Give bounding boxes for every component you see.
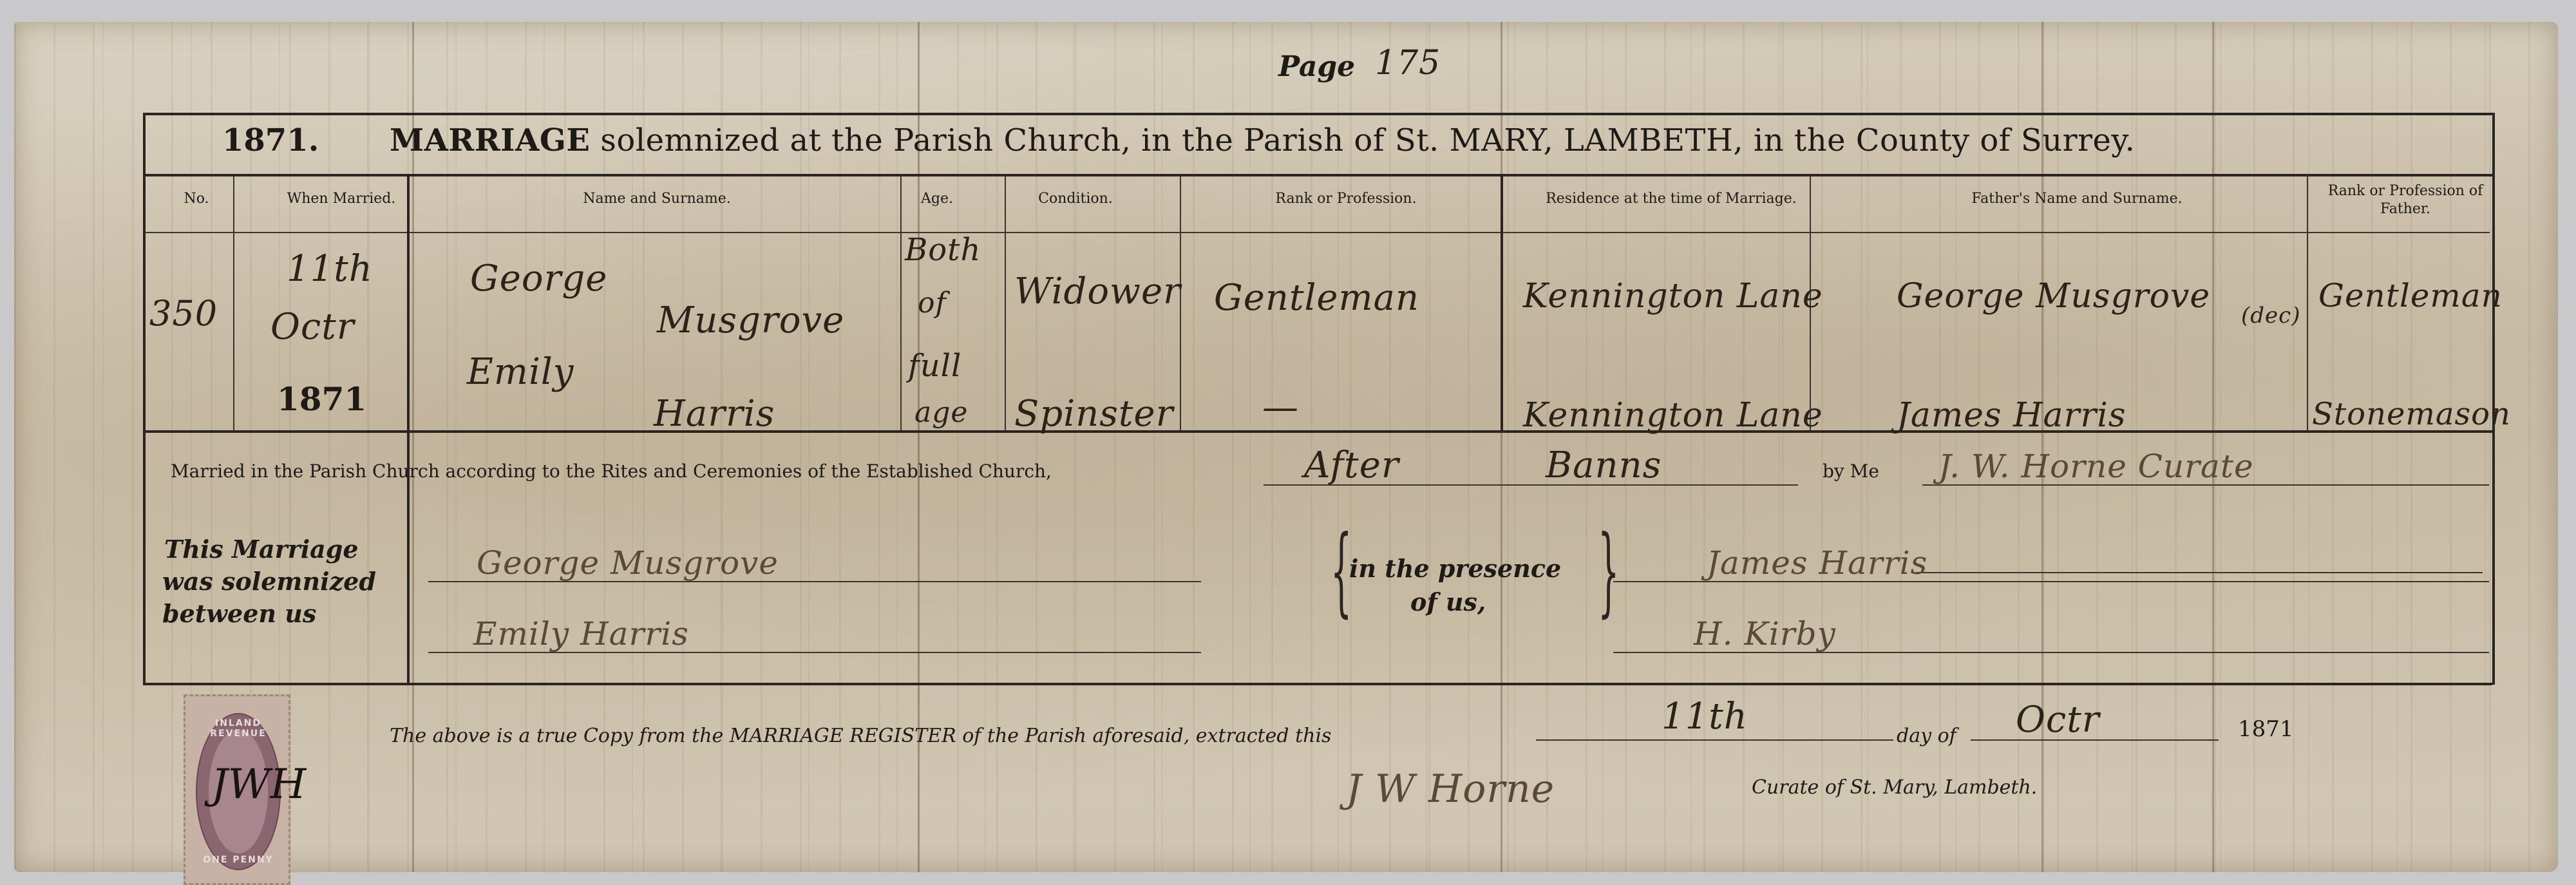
rites-banns: Banns (1546, 444, 1662, 486)
certification-month: Octr (2016, 699, 2100, 741)
column-divider (2307, 175, 2308, 430)
blank-line (1916, 572, 2483, 573)
header-father-name: Father's Name and Surname. (1948, 190, 2206, 208)
bride-condition: Spinster (1014, 393, 1173, 435)
day-line (1536, 739, 1893, 741)
header-residence: Residence at the time of Marriage. (1533, 190, 1810, 208)
register-year: 1871. (222, 122, 319, 158)
groom-father-note: (dec) (2241, 303, 2300, 328)
groom-rank: Gentleman (1214, 277, 1419, 319)
inland-revenue-stamp: INLAND REVENUE ONE PENNY JWH (184, 694, 290, 885)
page-label: Page (1278, 50, 1355, 83)
header-rank: Rank or Profession. (1243, 190, 1449, 208)
entry-year: 1871 (277, 380, 366, 418)
witness2-signature: H. Kirby (1694, 615, 1836, 652)
header-condition: Condition. (1011, 190, 1140, 208)
header-when-married: When Married. (277, 190, 406, 208)
solemnized-label-2: was solemnized (162, 567, 376, 596)
entry-day: 11th (287, 248, 373, 290)
groom-condition: Widower (1014, 271, 1181, 312)
age-line4: age (914, 396, 968, 429)
certification-day: 11th (1662, 696, 1748, 737)
page-number: 175 (1375, 44, 1441, 82)
header-father-rank: Rank or Profession of Father. (2318, 182, 2492, 218)
column-divider (1501, 175, 1503, 430)
title-text: solemnized at the Parish Church, in the … (600, 122, 2135, 158)
groom-residence: Kennington Lane (1523, 277, 1823, 316)
title-bottom-line (143, 174, 2492, 176)
age-line1: Both (905, 232, 981, 268)
right-brace: } (1598, 515, 1619, 627)
stamp-top-text: INLAND REVENUE (197, 718, 279, 739)
bride-first-name: Emily (467, 351, 574, 393)
signer-title: Curate of St. Mary, Lambeth. (1752, 773, 2037, 803)
entry-month: Octr (270, 306, 355, 348)
solemnized-label-3: between us (162, 599, 316, 629)
bride-surname: Harris (654, 393, 775, 435)
bride-father-name: James Harris (1897, 396, 2126, 435)
header-bottom-line (146, 232, 2490, 233)
presence-label-1: in the presence (1349, 554, 1561, 584)
header-no: No. (167, 190, 225, 208)
certification-text: The above is a true Copy from the MARRIA… (390, 721, 1331, 751)
party1-signature: George Musgrove (477, 544, 779, 582)
age-line2: of (918, 287, 947, 319)
title-prefix: MARRIAGE (390, 122, 590, 158)
by-me-label: by Me (1823, 461, 1879, 482)
groom-first-name: George (470, 258, 607, 300)
bride-residence: Kennington Lane (1523, 396, 1823, 435)
stamp-bottom-text: ONE PENNY (197, 855, 279, 865)
frame-top-line (143, 113, 2492, 115)
column-divider (233, 175, 234, 430)
header-age: Age. (902, 190, 972, 208)
groom-father-name: George Musgrove (1897, 277, 2210, 316)
header-name: Name and Surname. (547, 190, 766, 208)
groom-surname: Musgrove (657, 300, 844, 341)
rites-after: After (1304, 444, 1399, 486)
day-of-label: day of (1897, 721, 1956, 751)
solemnized-label-1: This Marriage (164, 535, 359, 564)
stamp-cancellation: JWH (211, 761, 306, 808)
column-divider (1005, 175, 1006, 430)
column-divider (900, 175, 902, 430)
witness1-signature: James Harris (1707, 544, 1927, 582)
column-divider (407, 175, 410, 684)
officiant-signature: J. W. Horne Curate (1938, 448, 2254, 485)
curate-signature: J W Horne (1346, 766, 1555, 812)
frame-bottom-line (143, 683, 2492, 685)
bride-rank: — (1262, 386, 1299, 428)
rites-text: Married in the Parish Church according t… (171, 461, 1052, 482)
party2-signature: Emily Harris (473, 615, 689, 652)
bride-father-rank: Stonemason (2312, 396, 2511, 432)
entry-bottom-line (143, 430, 2492, 433)
entry-number: 350 (149, 293, 218, 334)
presence-label-2: of us, (1410, 587, 1486, 617)
age-line3: full (908, 348, 961, 384)
certification-year: 1871 (2238, 716, 2294, 742)
groom-father-rank: Gentleman (2318, 277, 2503, 314)
register-title: MARRIAGE solemnized at the Parish Church… (390, 122, 2135, 158)
